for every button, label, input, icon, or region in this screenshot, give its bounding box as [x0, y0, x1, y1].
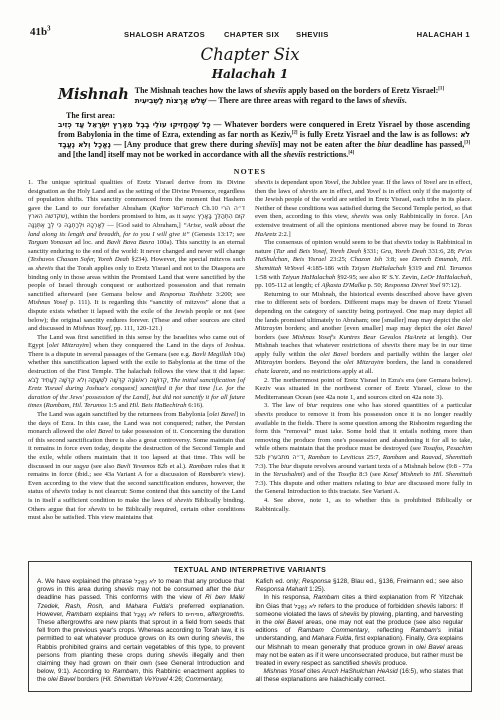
folio-number: 41b3: [30, 26, 51, 38]
folio-text: 41b: [30, 26, 47, 38]
notes-right-column: sheviis is dependant upon Yovel, the Jub…: [255, 179, 472, 559]
running-title-masechta: SHEVIIS: [296, 30, 329, 39]
folio-superscript: 3: [47, 25, 50, 32]
mishnah-label: Mishnah: [58, 86, 129, 103]
note-paragraph: 2. The northernmost point of Eretz Yisra…: [255, 377, 472, 403]
variant-paragraph: Mishnas Yosef cites Aruch HaShulchan HeA…: [256, 668, 464, 684]
variants-title: TEXTUAL AND INTERPRETIVE VARIANTS: [37, 567, 463, 574]
mishnah-intro-line2: שָׁלֹשׁ אֲרָצוֹת לַשְּׁבִיעִית — There a…: [135, 96, 472, 106]
variant-paragraph: Kafich ed. only; Responsa §128, Blau ed.…: [256, 578, 464, 594]
running-title-chapter: CHAPTER SIX: [224, 30, 279, 39]
running-title-tractate-section: SHALOSH ARATZOS: [124, 30, 205, 39]
running-title-halachah: HALACHAH 1: [417, 30, 470, 39]
notes-section-title: NOTES: [0, 167, 500, 176]
note-paragraph: 4. See above, note 1, as to whether this…: [255, 497, 472, 514]
notes-left-column: 1. The unique spiritual qualities of Ere…: [28, 179, 245, 559]
variant-paragraph: A. We have explained the phrase לֹא נֶאֱ…: [37, 578, 245, 685]
note-paragraph: The consensus of opinion would seem to b…: [255, 239, 472, 291]
mishnah-intro-line1: The Mishnah teaches how the laws of shev…: [135, 86, 472, 96]
first-area-label: The first area:: [66, 111, 115, 120]
variants-box: TEXTUAL AND INTERPRETIVE VARIANTS A. We …: [28, 561, 472, 692]
note-paragraph: The Land was again sanctified by the ret…: [28, 411, 245, 523]
mishnah-intro: The Mishnah teaches how the laws of shev…: [135, 86, 472, 106]
variants-left-column: A. We have explained the phrase לֹא נֶאֱ…: [37, 578, 245, 685]
notes-columns: 1. The unique spiritual qualities of Ere…: [28, 179, 472, 559]
mishnah-body-text: כָּל שֶׁהֶחֱזִיקוּ עוֹלֵי בָבֶל מֵאֶרֶץ …: [58, 120, 470, 160]
chapter-title: Chapter Six: [0, 45, 500, 64]
variants-columns: A. We have explained the phrase לֹא נֶאֱ…: [37, 578, 463, 685]
note-paragraph: sheviis is dependant upon Yovel, the Jub…: [255, 179, 472, 239]
note-paragraph: 1. The unique spiritual qualities of Ere…: [28, 179, 245, 334]
book-page: 41b3 SHALOSH ARATZOS CHAPTER SIX SHEVIIS…: [0, 0, 500, 720]
variant-paragraph: In his responsa, Rambam cites a third ex…: [256, 594, 464, 668]
note-paragraph: The Land was first sanctified in this se…: [28, 334, 245, 411]
note-paragraph: 3. The law of biur requires one who has …: [255, 402, 472, 497]
note-paragraph: Returning to our Mishnah, the historical…: [255, 291, 472, 377]
variants-right-column: Kafich ed. only; Responsa §128, Blau ed.…: [256, 578, 464, 685]
halachah-title: Halachah 1: [0, 67, 500, 81]
mishnah-section: Mishnah The Mishnah teaches how the laws…: [58, 86, 472, 106]
